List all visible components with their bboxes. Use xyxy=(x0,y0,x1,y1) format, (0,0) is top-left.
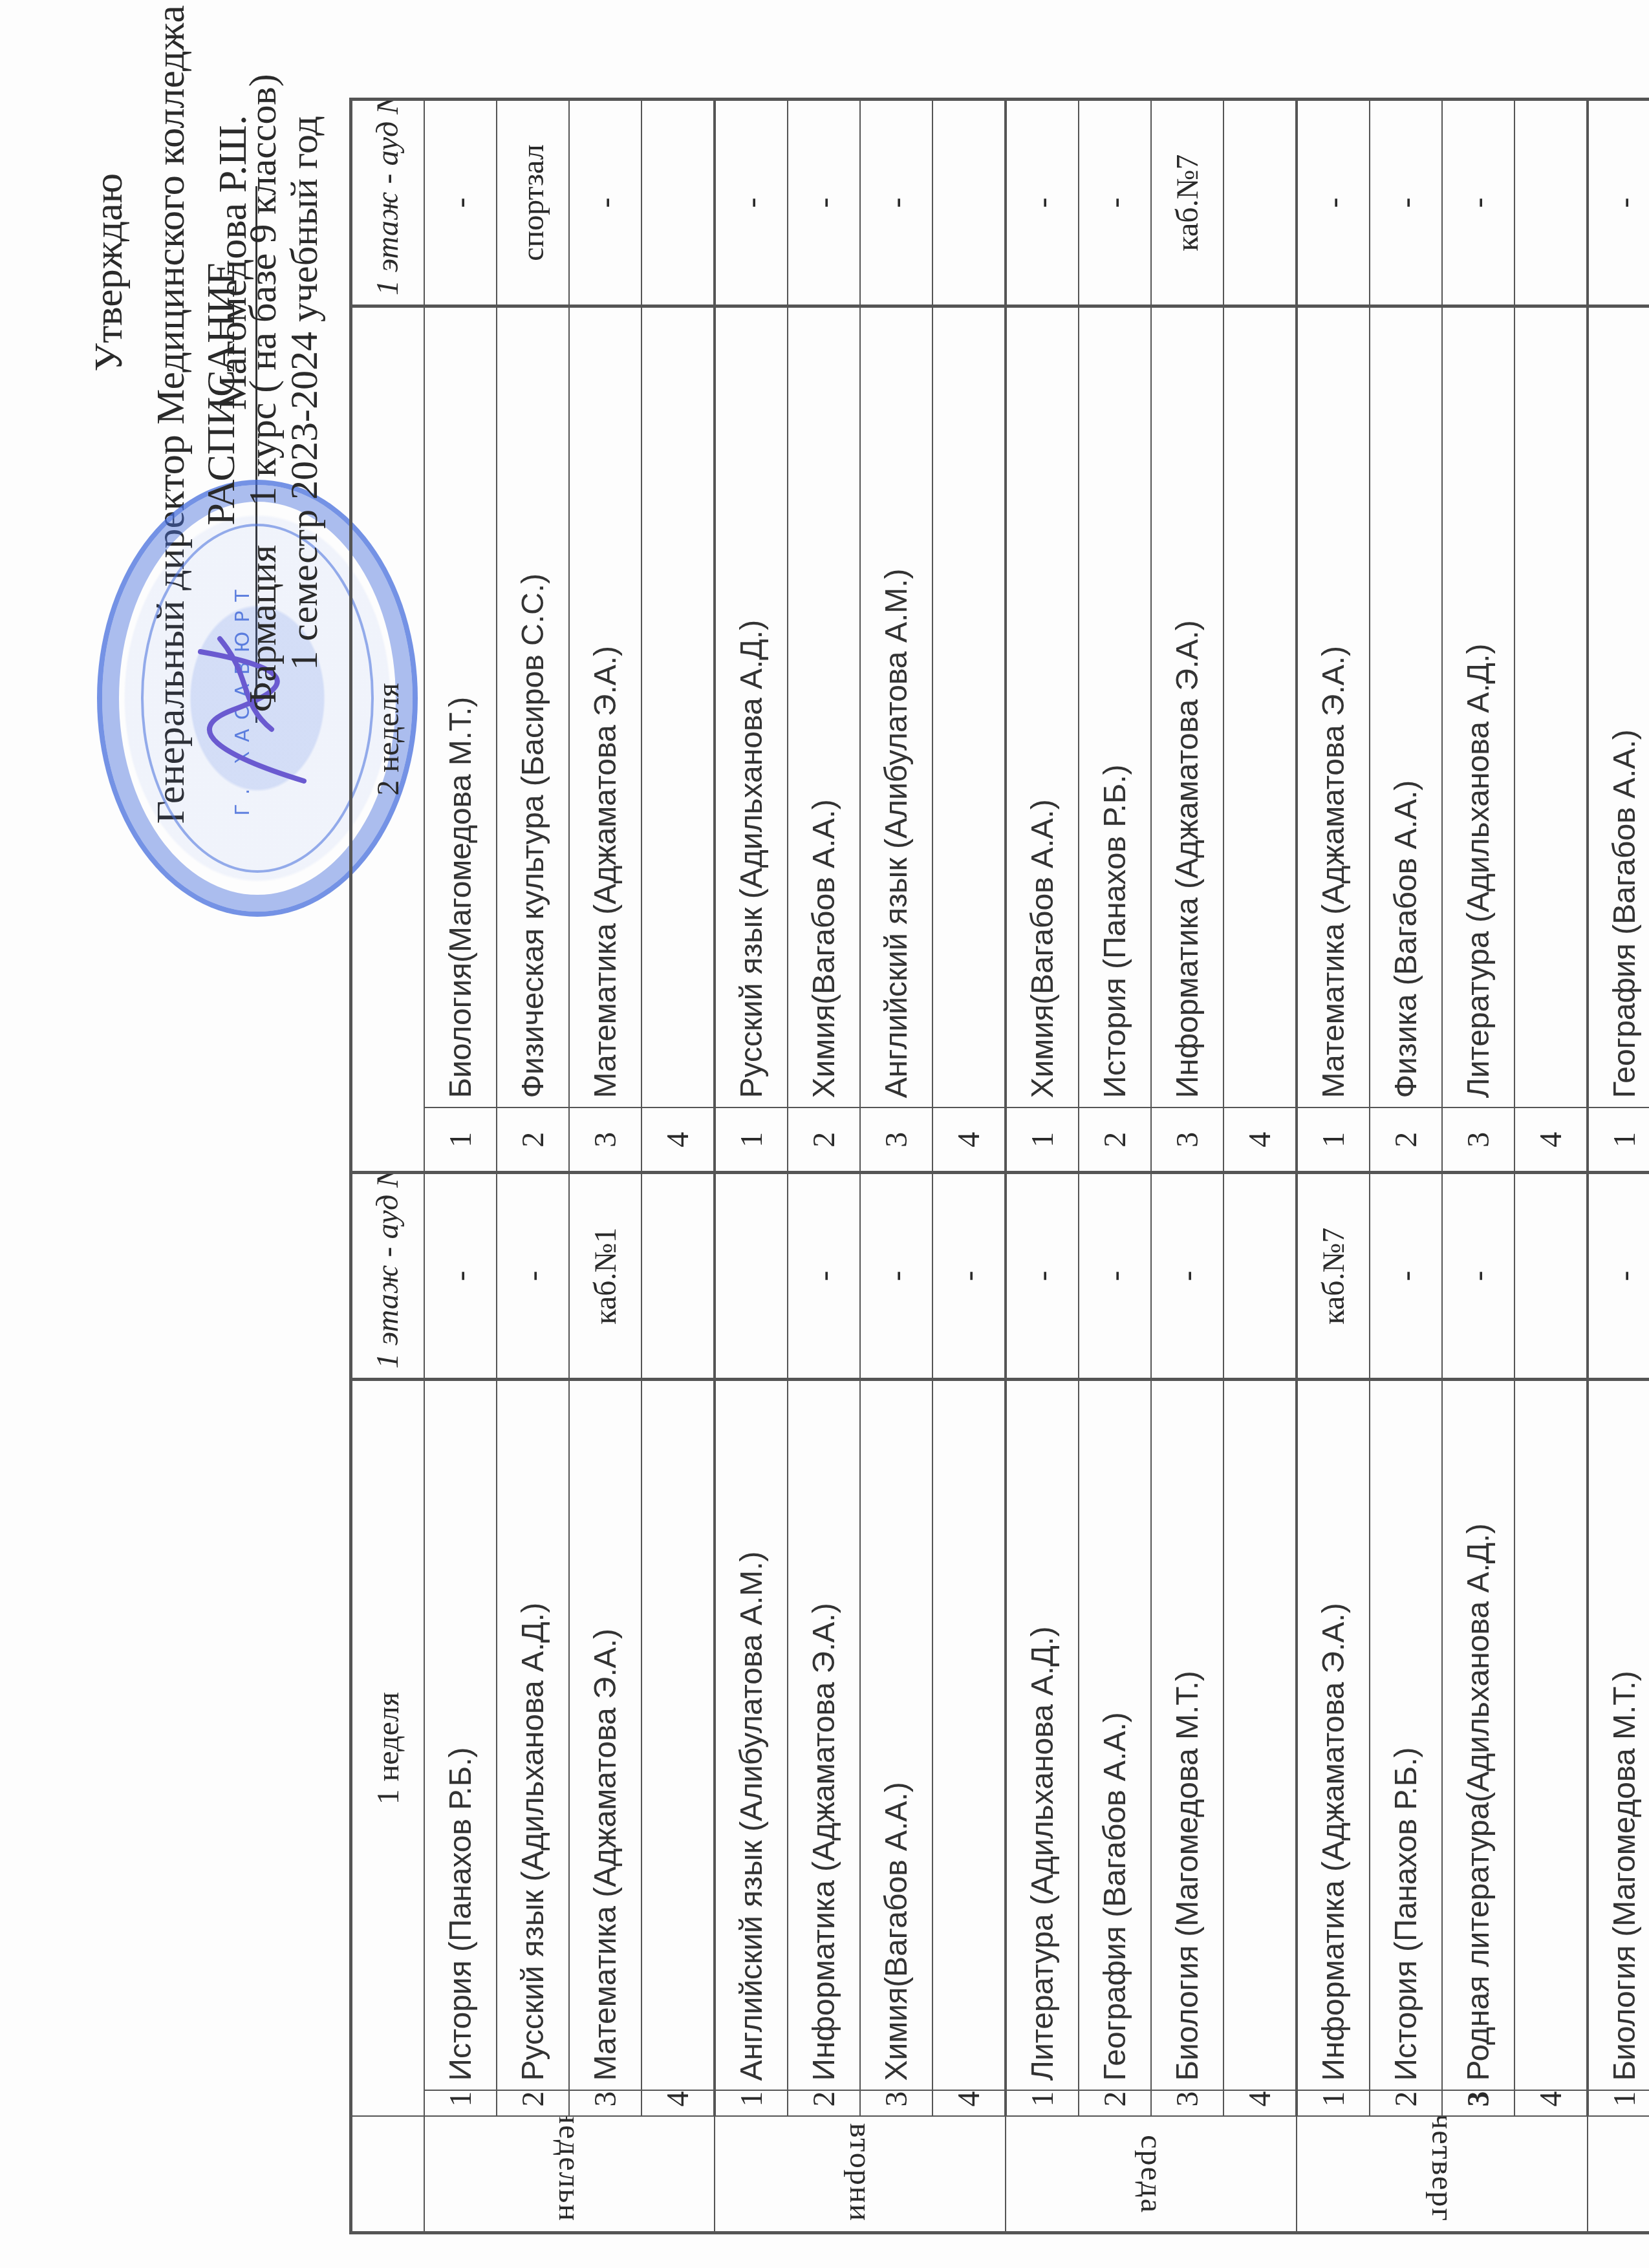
week1-subject: Родная литература(Адильханова А.Д.) xyxy=(1442,1380,1514,2091)
week1-room: - xyxy=(1442,1173,1514,1380)
week1-subject: Информатика (Аджаматова Э.А.) xyxy=(1297,1380,1370,2091)
lesson-number-week2: 2 xyxy=(1370,1108,1442,1173)
week2-subject: Биология(Магомедова М.Т.) xyxy=(424,306,497,1108)
lesson-number-week2: 1 xyxy=(1297,1108,1370,1173)
title-heading: РАСПИСАНИЕ xyxy=(200,0,242,846)
week1-subject: Биология (Магомедова М.Т.) xyxy=(1151,1380,1223,2091)
lesson-number-week2: 3 xyxy=(1151,1108,1223,1173)
week2-subject: Химия(Вагабов А.А.) xyxy=(1006,306,1079,1108)
day-name: четверг xyxy=(1425,2117,1460,2223)
week2-room: спортзал xyxy=(497,100,569,306)
day-name-cell: вторни xyxy=(715,2117,1006,2233)
day-name: среда xyxy=(1134,2135,1169,2214)
lesson-number: 2 xyxy=(497,2091,569,2117)
table-row: 3Биология (Магомедова М.Т.)-3Информатика… xyxy=(1151,100,1223,2233)
week1-subject: Информатика (Аджаматова Э.А.) xyxy=(788,1380,860,2091)
table-row: 44 xyxy=(1223,100,1297,2233)
week2-room xyxy=(641,100,715,306)
week1-room xyxy=(1223,1173,1297,1380)
lesson-number: 1 xyxy=(1588,2091,1649,2117)
lesson-number: 3 xyxy=(1442,2091,1514,2117)
week2-room: - xyxy=(1297,100,1370,306)
table-row: 3Математика (Аджаматова Э.А.)каб.№13Мате… xyxy=(569,100,641,2233)
week1-room-header: 1 этаж - ауд № 1 xyxy=(351,1173,425,1380)
table-row: понедельн1История (Панахов Р.Б.)-1Биолог… xyxy=(424,100,497,2233)
week2-subject: Химия(Вагабов А.А.) xyxy=(788,306,860,1108)
week2-subject: Физика (Вагабов А.А.) xyxy=(1370,306,1442,1108)
week2-subject: Русский язык (Адильханова А.Д.) xyxy=(715,306,788,1108)
lesson-number: 2 xyxy=(1370,2091,1442,2117)
week1-room: - xyxy=(1151,1173,1223,1380)
lesson-number: 4 xyxy=(932,2091,1006,2117)
week2-subject: Литература (Адильханова А.Д.) xyxy=(1442,306,1514,1108)
lesson-number: 3 xyxy=(569,2091,641,2117)
week2-room: - xyxy=(788,100,860,306)
week1-subject xyxy=(1514,1380,1588,2091)
day-name: вторни xyxy=(843,2123,878,2222)
week2-room xyxy=(1223,100,1297,306)
week2-subject: История (Панахов Р.Б.) xyxy=(1079,306,1151,1108)
lesson-number: 1 xyxy=(715,2091,788,2117)
lesson-number: 1 xyxy=(424,2091,497,2117)
week1-subject: Математика (Аджаматова Э.А.) xyxy=(569,1380,641,2091)
week2-room: каб.№7 xyxy=(1151,100,1223,306)
table-row: вторни1Английский язык (Алибулатова А.М.… xyxy=(715,100,788,2233)
week1-room: - xyxy=(1370,1173,1442,1380)
week2-subject: География (Вагабов А.А.) xyxy=(1588,306,1649,1108)
week1-room: - xyxy=(788,1173,860,1380)
week1-subject xyxy=(932,1380,1006,2091)
lesson-number: 1 xyxy=(1297,2091,1370,2117)
lesson-number-week2: 3 xyxy=(860,1108,932,1173)
week1-subject: Химия(Вагабов А.А.) xyxy=(860,1380,932,2091)
table-row: 3Химия(Вагабов А.А.)-3Английский язык (А… xyxy=(860,100,932,2233)
lesson-number-week2: 3 xyxy=(1442,1108,1514,1173)
week1-subject: География (Вагабов А.А.) xyxy=(1079,1380,1151,2091)
lesson-number-week2: 1 xyxy=(1006,1108,1079,1173)
schedule-body: понедельн1История (Панахов Р.Б.)-1Биолог… xyxy=(424,100,1649,2233)
table-row: 3Родная литература(Адильханова А.Д.)-3Ли… xyxy=(1442,100,1514,2233)
lesson-number: 4 xyxy=(1514,2091,1588,2117)
week2-room: - xyxy=(1079,100,1151,306)
week1-room: каб.№1 xyxy=(569,1173,641,1380)
week2-header: 2 неделя xyxy=(351,306,425,1173)
lesson-number-week2: 4 xyxy=(1223,1108,1297,1173)
week1-room: - xyxy=(424,1173,497,1380)
lesson-number: 3 xyxy=(1151,2091,1223,2117)
week2-room: - xyxy=(1370,100,1442,306)
week2-subject xyxy=(1514,306,1588,1108)
document-title: РАСПИСАНИЕ Фармация 1 курс ( на базе 9 к… xyxy=(200,0,325,846)
table-row: 2География (Вагабов А.А.)-2История (Пана… xyxy=(1079,100,1151,2233)
week1-room xyxy=(715,1173,788,1380)
week2-room: - xyxy=(1006,100,1079,306)
week1-room xyxy=(641,1173,715,1380)
lesson-number-week2: 4 xyxy=(1514,1108,1588,1173)
week1-subject: Биология (Магомедова М.Т.) xyxy=(1588,1380,1649,2091)
week1-subject: Английский язык (Алибулатова А.М.) xyxy=(715,1380,788,2091)
table-row: 2История (Панахов Р.Б.)-2Физика (Вагабов… xyxy=(1370,100,1442,2233)
week2-subject: Английский язык (Алибулатова А.М.) xyxy=(860,306,932,1108)
lesson-number-week2: 4 xyxy=(932,1108,1006,1173)
week1-subject: История (Панахов Р.Б.) xyxy=(424,1380,497,2091)
week2-subject: Информатика (Аджаматова Э.А.) xyxy=(1151,306,1223,1108)
week2-subject: Математика (Аджаматова Э.А.) xyxy=(1297,306,1370,1108)
title-semester: 1 семестр 2023-2024 учебный год xyxy=(283,0,325,846)
table-header-row: 1 неделя 1 этаж - ауд № 1 2 неделя 1 эта… xyxy=(351,100,425,2233)
day-name-cell: понедельн xyxy=(424,2117,715,2233)
lesson-number-week2: 2 xyxy=(788,1108,860,1173)
table-row: пятница1Биология (Магомедова М.Т.)-1Геог… xyxy=(1588,100,1649,2233)
week2-room: - xyxy=(1442,100,1514,306)
week1-subject: Русский язык (Адильханова А.Д.) xyxy=(497,1380,569,2091)
table-row: 4-4 xyxy=(932,100,1006,2233)
lesson-number: 2 xyxy=(788,2091,860,2117)
day-name-cell: среда xyxy=(1006,2117,1297,2233)
table-row: 2Информатика (Аджаматова Э.А.)-2Химия(Ва… xyxy=(788,100,860,2233)
week2-room: - xyxy=(569,100,641,306)
week1-room: - xyxy=(497,1173,569,1380)
lesson-number-week2: 4 xyxy=(641,1108,715,1173)
day-header-cell xyxy=(351,2117,425,2233)
week2-room-header: 1 этаж - ауд № 1 xyxy=(351,100,425,306)
lesson-number-week2: 1 xyxy=(424,1108,497,1173)
week1-room: каб.№7 xyxy=(1297,1173,1370,1380)
table-row: четверг1Информатика (Аджаматова Э.А.)каб… xyxy=(1297,100,1370,2233)
lesson-number: 3 xyxy=(860,2091,932,2117)
schedule-page: Утверждаю Генеральный директор Медицинск… xyxy=(0,0,1649,2268)
week2-subject xyxy=(932,306,1006,1108)
table-row: среда1Литература (Адильханова А.Д.)-1Хим… xyxy=(1006,100,1079,2233)
lesson-number: 4 xyxy=(641,2091,715,2117)
week1-subject xyxy=(1223,1380,1297,2091)
day-name-cell: четверг xyxy=(1297,2117,1588,2233)
week1-subject: Литература (Адильханова А.Д.) xyxy=(1006,1380,1079,2091)
week1-room: - xyxy=(1079,1173,1151,1380)
lesson-number: 1 xyxy=(1006,2091,1079,2117)
week2-subject xyxy=(1223,306,1297,1108)
table-row: 2Русский язык (Адильханова А.Д.)-2Физиче… xyxy=(497,100,569,2233)
week2-room: - xyxy=(424,100,497,306)
lesson-number-week2: 2 xyxy=(497,1108,569,1173)
week1-room xyxy=(1514,1173,1588,1380)
week2-room xyxy=(932,100,1006,306)
lesson-number-week2: 2 xyxy=(1079,1108,1151,1173)
lesson-number: 4 xyxy=(1223,2091,1297,2117)
lesson-number: 2 xyxy=(1079,2091,1151,2117)
day-name-cell: пятница xyxy=(1588,2117,1649,2233)
table-row: 44 xyxy=(641,100,715,2233)
week2-subject: Математика (Аджаматова Э.А.) xyxy=(569,306,641,1108)
week1-room: - xyxy=(1588,1173,1649,1380)
week2-room xyxy=(1514,100,1588,306)
week2-subject xyxy=(641,306,715,1108)
week2-room: - xyxy=(1588,100,1649,306)
lesson-number-week2: 1 xyxy=(715,1108,788,1173)
table-row: 44 xyxy=(1514,100,1588,2233)
lesson-number-week2: 3 xyxy=(569,1108,641,1173)
lesson-number-week2: 1 xyxy=(1588,1108,1649,1173)
week2-room: - xyxy=(715,100,788,306)
week2-subject: Физическая культура (Басиров С.С.) xyxy=(497,306,569,1108)
title-program: Фармация 1 курс ( на базе 9 классов) xyxy=(242,0,283,846)
week1-room: - xyxy=(1006,1173,1079,1380)
schedule-table: 1 неделя 1 этаж - ауд № 1 2 неделя 1 эта… xyxy=(349,98,1649,2234)
week1-room: - xyxy=(932,1173,1006,1380)
week1-header: 1 неделя xyxy=(351,1380,425,2117)
week2-room: - xyxy=(860,100,932,306)
week1-room: - xyxy=(860,1173,932,1380)
day-name: понедельн xyxy=(552,2117,587,2223)
week1-subject xyxy=(641,1380,715,2091)
week1-subject: История (Панахов Р.Б.) xyxy=(1370,1380,1442,2091)
